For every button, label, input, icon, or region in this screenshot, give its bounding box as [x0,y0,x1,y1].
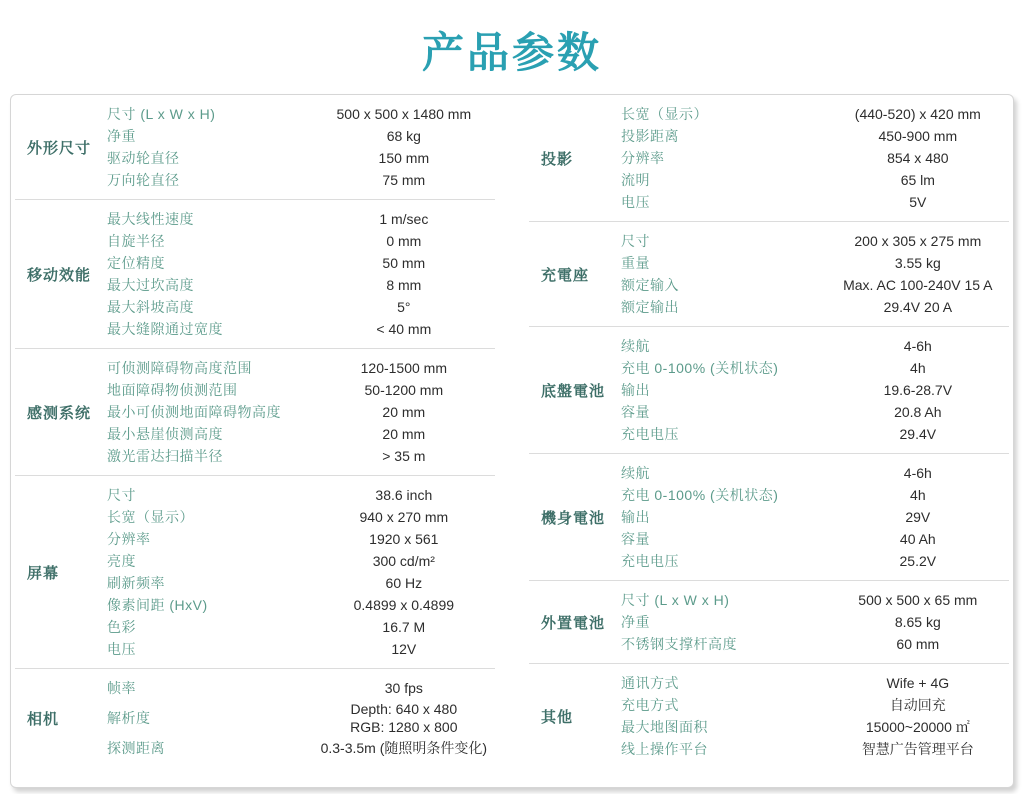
spec-row-value: 4-6h [827,337,1009,355]
spec-row-value: 1920 x 561 [313,530,495,548]
spec-row-value: 5V [827,193,1009,211]
spec-row-label: 续航 [621,336,827,356]
spec-group-right-1: 充電座 尺寸 200 x 305 x 275 mm 重量 3.55 kg 额定输… [529,221,1009,326]
spec-row-label: 充电方式 [621,695,827,715]
spec-column-right: 投影 长宽（显示） (440-520) x 420 mm 投影距离 450-90… [529,95,1009,787]
spec-row-value: 60 mm [827,635,1009,653]
spec-row: 流明 65 lm [621,170,1009,190]
spec-row: 重量 3.55 kg [621,253,1009,273]
spec-group-rows: 尺寸 (L x W x H) 500 x 500 x 65 mm 净重 8.65… [621,590,1009,654]
spec-row-label: 探测距离 [107,738,313,758]
spec-row: 最小可侦测地面障碍物高度 20 mm [107,402,495,422]
spec-row: 亮度 300 cd/m² [107,551,495,571]
spec-row-label: 分辨率 [107,529,313,549]
spec-row: 最大斜坡高度 5° [107,297,495,317]
spec-row-value: 854 x 480 [827,149,1009,167]
spec-row-value: 25.2V [827,552,1009,570]
spec-row-value: Max. AC 100-240V 15 A [827,276,1009,294]
spec-row: 电压 5V [621,192,1009,212]
spec-row-label: 激光雷达扫描半径 [107,446,313,466]
spec-row-label: 通讯方式 [621,673,827,693]
spec-row: 最大过坎高度 8 mm [107,275,495,295]
spec-row: 探测距离 0.3-3.5m (随照明条件变化) [107,738,495,758]
spec-row-value: 20 mm [313,403,495,421]
spec-group-title: 外形尺寸 [15,137,107,158]
spec-row: 净重 8.65 kg [621,612,1009,632]
spec-row-value: 0 mm [313,232,495,250]
spec-row-value: Wife + 4G [827,674,1009,692]
spec-row-label: 最大过坎高度 [107,275,313,295]
spec-row: 万向轮直径 75 mm [107,170,495,190]
spec-row-label: 可侦测障碍物高度范围 [107,358,313,378]
spec-row: 容量 40 Ah [621,529,1009,549]
spec-column-left: 外形尺寸 尺寸 (L x W x H) 500 x 500 x 1480 mm … [15,95,495,787]
spec-group-title: 移动效能 [15,264,107,285]
spec-row: 充电电压 25.2V [621,551,1009,571]
spec-row-value: 8.65 kg [827,613,1009,631]
spec-row-label: 长宽（显示） [107,507,313,527]
spec-group-left-0: 外形尺寸 尺寸 (L x W x H) 500 x 500 x 1480 mm … [15,95,495,199]
spec-group-rows: 续航 4-6h 充电 0-100% (关机状态) 4h 输出 19.6-28.7… [621,336,1009,444]
spec-group-right-5: 其他 通讯方式 Wife + 4G 充电方式 自动回充 最大地图面积 15000… [529,663,1009,768]
spec-row: 充电 0-100% (关机状态) 4h [621,485,1009,505]
spec-group-title: 底盤電池 [529,380,621,401]
spec-group-title: 感测系统 [15,402,107,423]
spec-row-value: Depth: 640 x 480 RGB: 1280 x 800 [313,700,495,736]
spec-row-label: 净重 [107,126,313,146]
spec-row: 尺寸 (L x W x H) 500 x 500 x 1480 mm [107,104,495,124]
spec-row-label: 额定输入 [621,275,827,295]
spec-group-title: 機身電池 [529,507,621,528]
spec-row-value: 40 Ah [827,530,1009,548]
spec-row: 续航 4-6h [621,336,1009,356]
spec-row-value: 68 kg [313,127,495,145]
spec-group-left-4: 相机 帧率 30 fps 解析度 Depth: 640 x 480 RGB: 1… [15,668,495,767]
spec-row-value: 29.4V [827,425,1009,443]
spec-row-label: 最小悬崖侦测高度 [107,424,313,444]
spec-row-label: 地面障碍物侦测范围 [107,380,313,400]
spec-row-value: 150 mm [313,149,495,167]
spec-row: 尺寸 200 x 305 x 275 mm [621,231,1009,251]
spec-row: 充电方式 自动回充 [621,695,1009,715]
spec-group-rows: 尺寸 (L x W x H) 500 x 500 x 1480 mm 净重 68… [107,104,495,190]
spec-row-label: 色彩 [107,617,313,637]
spec-row: 长宽（显示） (440-520) x 420 mm [621,104,1009,124]
spec-group-rows: 尺寸 38.6 inch 长宽（显示） 940 x 270 mm 分辨率 192… [107,485,495,659]
spec-row: 分辨率 854 x 480 [621,148,1009,168]
spec-row: 输出 29V [621,507,1009,527]
spec-row: 自旋半径 0 mm [107,231,495,251]
spec-row-value: 0.3-3.5m (随照明条件变化) [313,739,495,757]
spec-group-rows: 通讯方式 Wife + 4G 充电方式 自动回充 最大地图面积 15000~20… [621,673,1009,759]
spec-row-label: 最大线性速度 [107,209,313,229]
spec-row: 充电电压 29.4V [621,424,1009,444]
spec-row-label: 净重 [621,612,827,632]
spec-row-value: 20.8 Ah [827,403,1009,421]
spec-row-value: 29V [827,508,1009,526]
spec-row: 尺寸 (L x W x H) 500 x 500 x 65 mm [621,590,1009,610]
spec-row-label: 亮度 [107,551,313,571]
spec-group-right-0: 投影 长宽（显示） (440-520) x 420 mm 投影距离 450-90… [529,95,1009,221]
spec-row: 地面障碍物侦测范围 50-1200 mm [107,380,495,400]
spec-row-value: 5° [313,298,495,316]
spec-row: 尺寸 38.6 inch [107,485,495,505]
spec-row-label: 不锈钢支撑杆高度 [621,634,827,654]
spec-row: 容量 20.8 Ah [621,402,1009,422]
spec-row-value: 智慧广告管理平台 [827,740,1009,758]
spec-row-value: 60 Hz [313,574,495,592]
spec-row: 刷新频率 60 Hz [107,573,495,593]
spec-row-label: 分辨率 [621,148,827,168]
spec-row: 像素间距 (HxV) 0.4899 x 0.4899 [107,595,495,615]
spec-group-left-3: 屏幕 尺寸 38.6 inch 长宽（显示） 940 x 270 mm 分辨率 … [15,475,495,668]
spec-row-value: 自动回充 [827,696,1009,714]
spec-row-value: (440-520) x 420 mm [827,105,1009,123]
spec-row-value: 19.6-28.7V [827,381,1009,399]
spec-row: 投影距离 450-900 mm [621,126,1009,146]
spec-group-rows: 最大线性速度 1 m/sec 自旋半径 0 mm 定位精度 50 mm 最大过坎… [107,209,495,339]
spec-row-label: 最大地图面积 [621,717,827,737]
spec-row: 线上操作平台 智慧广告管理平台 [621,739,1009,759]
spec-row-value: 29.4V 20 A [827,298,1009,316]
spec-group-left-1: 移动效能 最大线性速度 1 m/sec 自旋半径 0 mm 定位精度 50 mm… [15,199,495,348]
spec-row-label: 像素间距 (HxV) [107,595,313,615]
spec-row-label: 最小可侦测地面障碍物高度 [107,402,313,422]
spec-group-rows: 长宽（显示） (440-520) x 420 mm 投影距离 450-900 m… [621,104,1009,212]
spec-group-rows: 可侦测障碍物高度范围 120-1500 mm 地面障碍物侦测范围 50-1200… [107,358,495,466]
spec-row-value: 8 mm [313,276,495,294]
spec-row: 定位精度 50 mm [107,253,495,273]
spec-row-label: 线上操作平台 [621,739,827,759]
spec-group-right-2: 底盤電池 续航 4-6h 充电 0-100% (关机状态) 4h 输出 19.6… [529,326,1009,453]
spec-row-value: 30 fps [313,679,495,697]
spec-row-label: 刷新频率 [107,573,313,593]
spec-row-label: 帧率 [107,678,313,698]
spec-row-value: 1 m/sec [313,210,495,228]
spec-row-value: 500 x 500 x 65 mm [827,591,1009,609]
spec-row: 额定输入 Max. AC 100-240V 15 A [621,275,1009,295]
spec-row-label: 解析度 [107,708,313,728]
spec-row: 输出 19.6-28.7V [621,380,1009,400]
spec-row: 最大缝隙通过宽度 < 40 mm [107,319,495,339]
spec-row: 电压 12V [107,639,495,659]
spec-row-value: 940 x 270 mm [313,508,495,526]
spec-row: 激光雷达扫描半径 > 35 m [107,446,495,466]
spec-row-value: 12V [313,640,495,658]
spec-row-value: 200 x 305 x 275 mm [827,232,1009,250]
spec-row-label: 最大斜坡高度 [107,297,313,317]
spec-row-value: 3.55 kg [827,254,1009,272]
spec-row-label: 尺寸 (L x W x H) [621,590,827,610]
spec-row-value: 300 cd/m² [313,552,495,570]
spec-row-value: 20 mm [313,425,495,443]
spec-row-label: 驱动轮直径 [107,148,313,168]
spec-row-value: 16.7 M [313,618,495,636]
spec-card: 外形尺寸 尺寸 (L x W x H) 500 x 500 x 1480 mm … [10,94,1014,788]
spec-row-label: 定位精度 [107,253,313,273]
spec-row-value: < 40 mm [313,320,495,338]
spec-row-value: 120-1500 mm [313,359,495,377]
spec-row-value: 0.4899 x 0.4899 [313,596,495,614]
spec-row-label: 万向轮直径 [107,170,313,190]
spec-group-rows: 续航 4-6h 充电 0-100% (关机状态) 4h 输出 29V 容量 40… [621,463,1009,571]
spec-row: 充电 0-100% (关机状态) 4h [621,358,1009,378]
spec-row: 帧率 30 fps [107,678,495,698]
spec-row: 最大线性速度 1 m/sec [107,209,495,229]
spec-row: 额定输出 29.4V 20 A [621,297,1009,317]
spec-row: 可侦测障碍物高度范围 120-1500 mm [107,358,495,378]
spec-group-rows: 尺寸 200 x 305 x 275 mm 重量 3.55 kg 额定输入 Ma… [621,231,1009,317]
spec-group-title: 外置電池 [529,612,621,633]
spec-row-label: 电压 [107,639,313,659]
spec-group-right-3: 機身電池 续航 4-6h 充电 0-100% (关机状态) 4h 输出 29V … [529,453,1009,580]
spec-group-title: 投影 [529,148,621,169]
spec-row-label: 尺寸 [621,231,827,251]
spec-row: 最大地图面积 15000~20000 ㎡ [621,717,1009,737]
spec-row-label: 长宽（显示） [621,104,827,124]
spec-row-label: 额定输出 [621,297,827,317]
spec-row-label: 最大缝隙通过宽度 [107,319,313,339]
spec-row: 驱动轮直径 150 mm [107,148,495,168]
spec-row-label: 充电电压 [621,424,827,444]
spec-group-title: 其他 [529,706,621,727]
spec-row-label: 充电电压 [621,551,827,571]
spec-row: 不锈钢支撑杆高度 60 mm [621,634,1009,654]
spec-row-value: 4-6h [827,464,1009,482]
spec-group-rows: 帧率 30 fps 解析度 Depth: 640 x 480 RGB: 1280… [107,678,495,758]
spec-row-label: 续航 [621,463,827,483]
spec-row-value: 75 mm [313,171,495,189]
spec-row-value: 50 mm [313,254,495,272]
spec-row: 通讯方式 Wife + 4G [621,673,1009,693]
spec-row-label: 输出 [621,380,827,400]
page-title: 产品参数 [0,0,1024,94]
spec-row-label: 容量 [621,402,827,422]
spec-row-value: 50-1200 mm [313,381,495,399]
spec-row: 色彩 16.7 M [107,617,495,637]
spec-group-title: 充電座 [529,264,621,285]
spec-row-label: 容量 [621,529,827,549]
spec-group-title: 屏幕 [15,562,107,583]
spec-row-value: 500 x 500 x 1480 mm [313,105,495,123]
spec-row: 最小悬崖侦测高度 20 mm [107,424,495,444]
spec-group-right-4: 外置電池 尺寸 (L x W x H) 500 x 500 x 65 mm 净重… [529,580,1009,663]
spec-row-value: > 35 m [313,447,495,465]
spec-row: 长宽（显示） 940 x 270 mm [107,507,495,527]
spec-row-label: 流明 [621,170,827,190]
spec-row-value: 450-900 mm [827,127,1009,145]
spec-row-label: 输出 [621,507,827,527]
spec-group-title: 相机 [15,708,107,729]
spec-row: 净重 68 kg [107,126,495,146]
spec-row-value: 65 lm [827,171,1009,189]
spec-row-value: 38.6 inch [313,486,495,504]
spec-row-label: 自旋半径 [107,231,313,251]
spec-row-label: 尺寸 (L x W x H) [107,104,313,124]
spec-row-value: 4h [827,486,1009,504]
spec-row-label: 充电 0-100% (关机状态) [621,358,827,378]
spec-row-label: 充电 0-100% (关机状态) [621,485,827,505]
spec-row: 解析度 Depth: 640 x 480 RGB: 1280 x 800 [107,700,495,736]
spec-row: 分辨率 1920 x 561 [107,529,495,549]
spec-row-label: 尺寸 [107,485,313,505]
spec-row: 续航 4-6h [621,463,1009,483]
spec-row-value: 15000~20000 ㎡ [827,718,1009,736]
spec-group-left-2: 感测系统 可侦测障碍物高度范围 120-1500 mm 地面障碍物侦测范围 50… [15,348,495,475]
spec-row-label: 电压 [621,192,827,212]
spec-row-label: 重量 [621,253,827,273]
spec-row-value: 4h [827,359,1009,377]
spec-row-label: 投影距离 [621,126,827,146]
